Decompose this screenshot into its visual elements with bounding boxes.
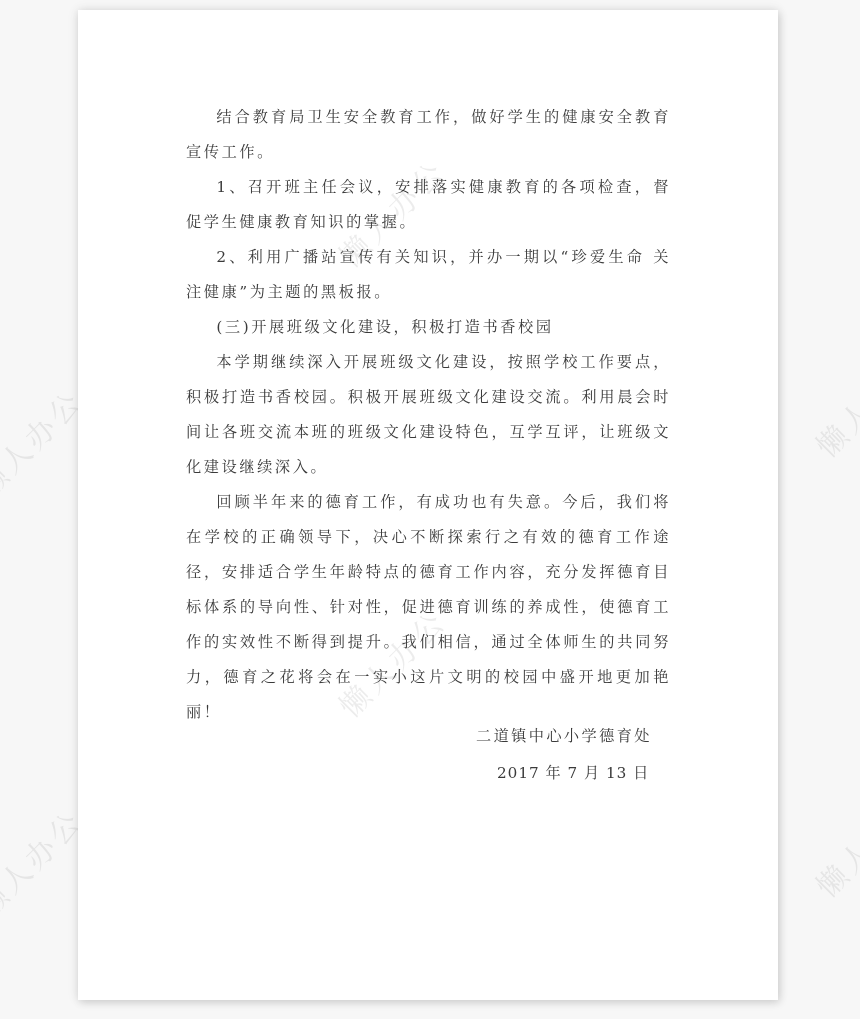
watermark: 懒人办公 <box>804 778 860 905</box>
paragraph-item-1: 1、召开班主任会议，安排落实健康教育的各项检查，督促学生健康教育知识的掌握。 <box>186 170 671 240</box>
document-body: 结合教育局卫生安全教育工作，做好学生的健康安全教育宣传工作。 1、召开班主任会议… <box>186 100 671 730</box>
document-viewer: 懒人办公 懒人办公 懒人办公 懒人办公 懒人办公 懒人办公 结合教育局卫生安全教… <box>0 0 860 1019</box>
paragraph-intro: 结合教育局卫生安全教育工作，做好学生的健康安全教育宣传工作。 <box>186 100 671 170</box>
section-heading: (三)开展班级文化建设，积极打造书香校园 <box>186 310 671 345</box>
signature-organization: 二道镇中心小学德育处 <box>476 725 652 746</box>
paragraph-class-culture: 本学期继续深入开展班级文化建设，按照学校工作要点，积极打造书香校园。积极开展班级… <box>186 345 671 485</box>
document-page: 懒人办公 懒人办公 结合教育局卫生安全教育工作，做好学生的健康安全教育宣传工作。… <box>78 10 778 1000</box>
watermark: 懒人办公 <box>804 338 860 465</box>
paragraph-conclusion: 回顾半年来的德育工作，有成功也有失意。今后，我们将在学校的正确领导下，决心不断探… <box>186 485 671 730</box>
signature-date: 2017 年 7 月 13 日 <box>497 762 649 783</box>
paragraph-item-2: 2、利用广播站宣传有关知识，并办一期以“珍爱生命 关注健康”为主题的黑板报。 <box>186 240 671 310</box>
